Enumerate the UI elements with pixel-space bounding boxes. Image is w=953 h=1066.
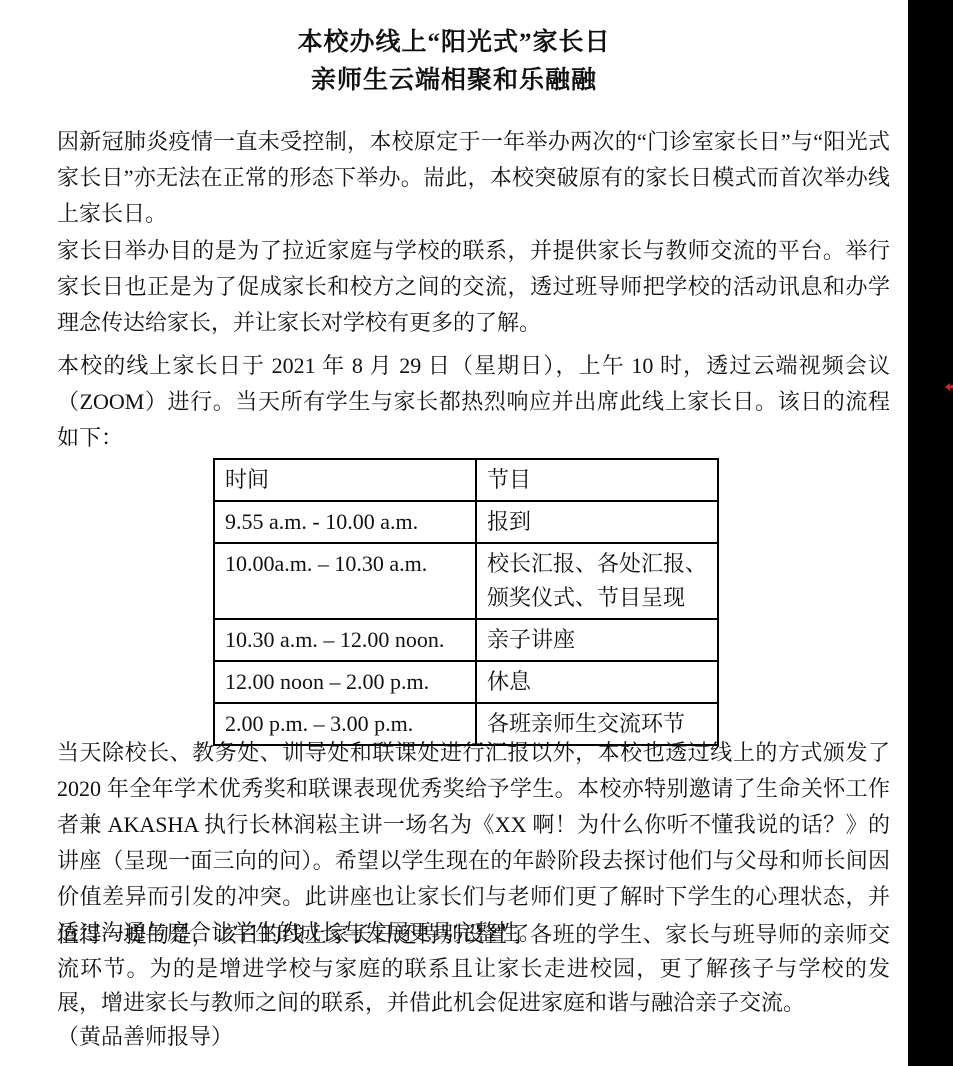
cell-time: 10.00a.m. – 10.30 a.m. [214, 543, 476, 619]
cell-time: 10.30 a.m. – 12.00 noon. [214, 619, 476, 661]
cell-program: 亲子讲座 [476, 619, 718, 661]
paragraph-closing: 值得一提的是，该日的线上家长日还特别设置了各班的学生、家长与班导师的亲师交流环节… [57, 918, 890, 1054]
cell-program: 报到 [476, 501, 718, 543]
cell-program: 校长汇报、各处汇报、颁奖仪式、节目呈现 [476, 543, 718, 619]
byline: （黄品善师报导） [57, 1020, 890, 1054]
header-cell-time: 时间 [214, 459, 476, 501]
document-title-line1: 本校办线上“阳光式”家长日 [0, 24, 908, 62]
table-row: 12.00 noon – 2.00 p.m. 休息 [214, 661, 718, 703]
paragraph-intro: 因新冠肺炎疫情一直未受控制，本校原定于一年举办两次的“门诊室家长日”与“阳光式家… [57, 124, 890, 232]
table-header-row: 时间 节目 [214, 459, 718, 501]
cell-time: 12.00 noon – 2.00 p.m. [214, 661, 476, 703]
schedule-table: 时间 节目 9.55 a.m. - 10.00 a.m. 报到 10.00a.m… [213, 458, 719, 746]
document-page: 本校办线上“阳光式”家长日 亲师生云端相聚和乐融融 因新冠肺炎疫情一直未受控制，… [0, 0, 908, 1066]
paragraph-event-details: 本校的线上家长日于 2021 年 8 月 29 日（星期日），上午 10 时，透… [57, 348, 890, 456]
table-row: 10.30 a.m. – 12.00 noon. 亲子讲座 [214, 619, 718, 661]
table-row: 10.00a.m. – 10.30 a.m. 校长汇报、各处汇报、颁奖仪式、节目… [214, 543, 718, 619]
table-row: 9.55 a.m. - 10.00 a.m. 报到 [214, 501, 718, 543]
viewer-background-strip [908, 0, 953, 1066]
header-cell-program: 节目 [476, 459, 718, 501]
cell-program: 休息 [476, 661, 718, 703]
cell-time: 9.55 a.m. - 10.00 a.m. [214, 501, 476, 543]
document-title-line2: 亲师生云端相聚和乐融融 [0, 62, 908, 100]
paragraph-closing-text: 值得一提的是，该日的线上家长日还特别设置了各班的学生、家长与班导师的亲师交流环节… [57, 922, 890, 1015]
annotation-marker-icon [945, 382, 953, 391]
paragraph-purpose: 家长日举办目的是为了拉近家庭与学校的联系，并提供家长与教师交流的平台。举行家长日… [57, 233, 890, 341]
